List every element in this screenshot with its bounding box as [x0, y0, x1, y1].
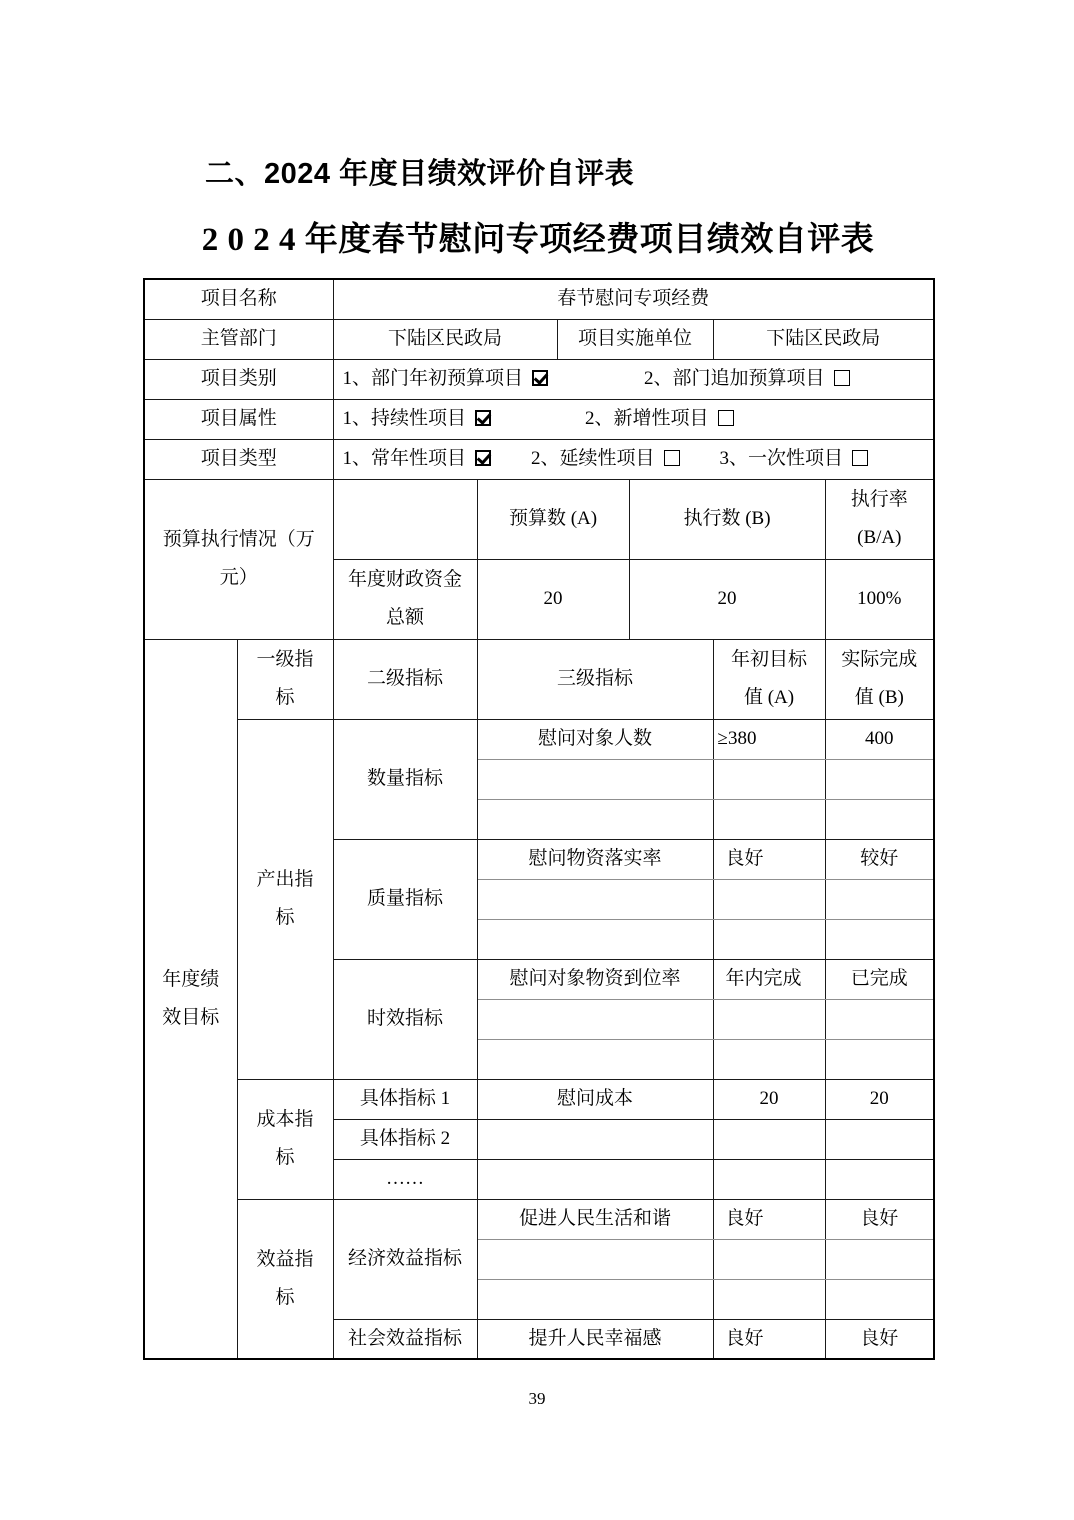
actual-header: 实际完成 值 (B)	[825, 639, 934, 719]
option-label: 1、部门年初预算项目	[343, 368, 524, 389]
table-row: 产出指 标 数量指标 慰问对象人数 ≥380 400	[144, 719, 934, 759]
budget-section-label: 预算执行情况（万 元）	[144, 479, 333, 639]
budget-value: 20	[477, 559, 629, 639]
indicator-cell	[477, 879, 713, 919]
impl-unit-label: 项目实施单位	[557, 319, 713, 359]
table-row: 项目属性 1、持续性项目2、新增性项目	[144, 399, 934, 439]
level1-line2: 标	[244, 679, 327, 717]
checkbox-checked-icon[interactable]	[475, 410, 491, 426]
actual-cell	[825, 1119, 934, 1159]
table-row: 主管部门 下陆区民政局 项目实施单位 下陆区民政局	[144, 319, 934, 359]
indicator-cell	[477, 1119, 713, 1159]
actual-cell: 400	[825, 719, 934, 759]
project-name-value: 春节慰问专项经费	[333, 279, 934, 319]
page-number: 39	[0, 1389, 1074, 1409]
rate-header-line1: 执行率	[832, 481, 928, 519]
specific-indicator-label: 具体指标 2	[333, 1119, 477, 1159]
goal-line1: 年度绩	[151, 961, 231, 999]
indicator-cell	[477, 1279, 713, 1319]
social-benefit-label: 社会效益指标	[333, 1319, 477, 1359]
category-option-2: 2、部门追加预算项目	[644, 360, 850, 398]
budget-col-exec: 执行数 (B)	[629, 479, 825, 559]
indicator-cell	[477, 799, 713, 839]
target-cell	[713, 919, 825, 959]
dept-label: 主管部门	[144, 319, 333, 359]
exec-value: 20	[629, 559, 825, 639]
cost-line1: 成本指	[244, 1101, 327, 1139]
quantity-indicator-label: 数量指标	[333, 719, 477, 839]
checkbox-checked-icon[interactable]	[475, 450, 491, 466]
output-indicator-label: 产出指 标	[237, 719, 333, 1079]
output-line2: 标	[244, 899, 327, 937]
target-cell: ≥380	[713, 719, 825, 759]
option-label: 1、持续性项目	[343, 408, 467, 429]
indicator-cell	[477, 1159, 713, 1199]
annual-funds-label: 年度财政资金 总额	[333, 559, 477, 639]
option-label: 2、新增性项目	[585, 408, 709, 429]
actual-cell: 20	[825, 1079, 934, 1119]
attribute-option-1: 1、持续性项目	[343, 400, 492, 438]
table-row: 年度绩 效目标 一级指 标 二级指标 三级指标 年初目标 值 (A) 实际完成 …	[144, 639, 934, 719]
indicator-cell: 促进人民生活和谐	[477, 1199, 713, 1239]
actual-cell: 较好	[825, 839, 934, 879]
category-label: 项目类别	[144, 359, 333, 399]
cost-line2: 标	[244, 1139, 327, 1177]
annual-funds-line1: 年度财政资金	[340, 561, 471, 599]
target-cell	[713, 759, 825, 799]
category-option-1: 1、部门年初预算项目	[343, 360, 549, 398]
checkbox-unchecked-icon[interactable]	[834, 370, 850, 386]
type-option-1: 1、常年性项目	[343, 440, 492, 478]
rate-header-line2: (B/A)	[832, 519, 928, 557]
target-cell: 良好	[713, 839, 825, 879]
target-cell: 良好	[713, 1199, 825, 1239]
indicator-cell: 慰问对象物资到位率	[477, 959, 713, 999]
cost-indicator-label: 成本指 标	[237, 1079, 333, 1199]
target-cell: 良好	[713, 1319, 825, 1359]
target-cell: 年内完成	[713, 959, 825, 999]
option-label: 2、延续性项目	[531, 448, 655, 469]
table-row: 项目类别 1、部门年初预算项目2、部门追加预算项目	[144, 359, 934, 399]
table-row: 项目名称 春节慰问专项经费	[144, 279, 934, 319]
actual-cell: 良好	[825, 1199, 934, 1239]
level3-header: 三级指标	[477, 639, 713, 719]
indicator-cell: 慰问物资落实率	[477, 839, 713, 879]
timeliness-indicator-label: 时效指标	[333, 959, 477, 1079]
type-options-cell: 1、常年性项目2、延续性项目3、一次性项目	[333, 439, 934, 479]
attribute-options-cell: 1、持续性项目2、新增性项目	[333, 399, 934, 439]
rate-value: 100%	[825, 559, 934, 639]
budget-empty-cell	[333, 479, 477, 559]
level1-line1: 一级指	[244, 641, 327, 679]
table-row: 成本指 标 具体指标 1 慰问成本 20 20	[144, 1079, 934, 1119]
checkbox-checked-icon[interactable]	[532, 370, 548, 386]
type-option-2: 2、延续性项目	[531, 440, 680, 478]
benefit-line1: 效益指	[244, 1241, 327, 1279]
budget-section-line2: 元）	[151, 559, 327, 597]
indicator-cell	[477, 999, 713, 1039]
annual-performance-goal-label: 年度绩 效目标	[144, 639, 237, 1359]
target-cell	[713, 1039, 825, 1079]
specific-indicator-label: ……	[333, 1159, 477, 1199]
document-heading: 二、2024 年度目绩效评价自评表	[205, 151, 634, 192]
actual-line2: 值 (B)	[832, 679, 928, 717]
indicator-cell	[477, 1239, 713, 1279]
table-title: 2 0 2 4 年度春节慰问专项经费项目绩效自评表	[143, 213, 933, 260]
checkbox-unchecked-icon[interactable]	[852, 450, 868, 466]
target-cell	[713, 799, 825, 839]
checkbox-unchecked-icon[interactable]	[664, 450, 680, 466]
actual-cell	[825, 1039, 934, 1079]
indicator-cell: 慰问对象人数	[477, 719, 713, 759]
actual-cell	[825, 1239, 934, 1279]
target-cell	[713, 1279, 825, 1319]
quality-indicator-label: 质量指标	[333, 839, 477, 959]
category-options-cell: 1、部门年初预算项目2、部门追加预算项目	[333, 359, 934, 399]
table-row: 项目类型 1、常年性项目2、延续性项目3、一次性项目	[144, 439, 934, 479]
annual-funds-line2: 总额	[340, 599, 471, 637]
target-cell	[713, 1239, 825, 1279]
performance-self-eval-table: 项目名称 春节慰问专项经费 主管部门 下陆区民政局 项目实施单位 下陆区民政局 …	[143, 278, 935, 1360]
target-line1: 年初目标	[720, 641, 819, 679]
impl-unit-value: 下陆区民政局	[713, 319, 934, 359]
checkbox-unchecked-icon[interactable]	[718, 410, 734, 426]
type-label: 项目类型	[144, 439, 333, 479]
table-row: 效益指 标 经济效益指标 促进人民生活和谐 良好 良好	[144, 1199, 934, 1239]
option-label: 1、常年性项目	[343, 448, 467, 469]
actual-cell	[825, 759, 934, 799]
goal-line2: 效目标	[151, 999, 231, 1037]
target-cell: 20	[713, 1079, 825, 1119]
output-line1: 产出指	[244, 861, 327, 899]
table-row: 预算执行情况（万 元） 预算数 (A) 执行数 (B) 执行率 (B/A)	[144, 479, 934, 559]
target-line2: 值 (A)	[720, 679, 819, 717]
indicator-cell: 慰问成本	[477, 1079, 713, 1119]
actual-cell	[825, 1279, 934, 1319]
target-cell	[713, 999, 825, 1039]
budget-section-line1: 预算执行情况（万	[151, 521, 327, 559]
target-header: 年初目标 值 (A)	[713, 639, 825, 719]
attribute-option-2: 2、新增性项目	[585, 400, 734, 438]
target-cell	[713, 879, 825, 919]
actual-line1: 实际完成	[832, 641, 928, 679]
indicator-cell	[477, 1039, 713, 1079]
type-option-3: 3、一次性项目	[720, 440, 869, 478]
benefit-line2: 标	[244, 1279, 327, 1317]
indicator-cell	[477, 919, 713, 959]
project-name-label: 项目名称	[144, 279, 333, 319]
benefit-indicator-label: 效益指 标	[237, 1199, 333, 1359]
budget-col-budget: 预算数 (A)	[477, 479, 629, 559]
actual-cell	[825, 919, 934, 959]
actual-cell	[825, 1159, 934, 1199]
target-cell	[713, 1159, 825, 1199]
economic-benefit-label: 经济效益指标	[333, 1199, 477, 1319]
dept-value: 下陆区民政局	[333, 319, 557, 359]
actual-cell: 已完成	[825, 959, 934, 999]
actual-cell	[825, 799, 934, 839]
indicator-cell: 提升人民幸福感	[477, 1319, 713, 1359]
option-label: 2、部门追加预算项目	[644, 368, 825, 389]
target-cell	[713, 1119, 825, 1159]
specific-indicator-label: 具体指标 1	[333, 1079, 477, 1119]
option-label: 3、一次性项目	[720, 448, 844, 469]
actual-cell	[825, 879, 934, 919]
indicator-cell	[477, 759, 713, 799]
actual-cell	[825, 999, 934, 1039]
attribute-label: 项目属性	[144, 399, 333, 439]
level1-header: 一级指 标	[237, 639, 333, 719]
budget-col-rate: 执行率 (B/A)	[825, 479, 934, 559]
actual-cell: 良好	[825, 1319, 934, 1359]
level2-header: 二级指标	[333, 639, 477, 719]
